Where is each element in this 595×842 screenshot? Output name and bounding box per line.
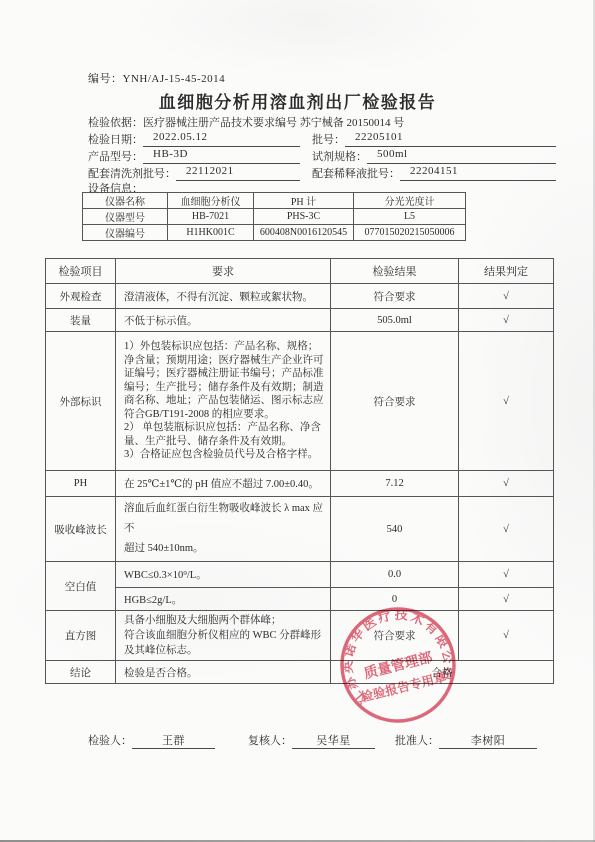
result-value: 符合要求 bbox=[331, 284, 459, 309]
requirement-text: HGB≤2g/L。 bbox=[116, 588, 331, 611]
header-item: 检验项目 bbox=[46, 259, 116, 284]
requirement-text: 不低于标示值。 bbox=[116, 309, 331, 332]
device-cell: H1HK001C bbox=[168, 225, 254, 241]
row-conclusion: 结论 检验是否合格。 合格 bbox=[46, 661, 554, 684]
doc-number-label: 编号： bbox=[88, 73, 123, 85]
device-name-header: 仪器名称 bbox=[83, 193, 168, 209]
scanned-inspection-report-page: 编号：YNH/AJ-15-45-2014 血细胞分析用溶血剂出厂检验报告 检验依… bbox=[0, 0, 595, 842]
row-histogram: 直方图 具备小细胞及大细胞两个群体峰； 符合该血细胞分析仪相应的 WBC 分群峰… bbox=[46, 611, 554, 661]
doc-number-value: YNH/AJ-15-45-2014 bbox=[123, 73, 226, 85]
cleaner-batch-label: 配套清洗剂批号： bbox=[88, 165, 176, 181]
verdict-checkmark: √ bbox=[459, 471, 554, 497]
device-cell: 600408N0016120545 bbox=[254, 225, 354, 241]
result-value: 540 bbox=[331, 497, 459, 562]
row-volume: 装量 不低于标示值。 505.0ml √ bbox=[46, 309, 554, 332]
item-label: 装量 bbox=[46, 309, 116, 332]
inspection-date-label: 检验日期： bbox=[88, 131, 143, 147]
product-model-label: 产品型号： bbox=[88, 148, 143, 164]
requirement-text: 具备小细胞及大细胞两个群体峰； 符合该血细胞分析仪相应的 WBC 分群峰形及其峰… bbox=[116, 611, 331, 661]
row-absorption-wavelength: 吸收峰波长 溶血后血红蛋白衍生物吸收峰波长 λ max 应不 超过 540±10… bbox=[46, 497, 554, 562]
field-product-model: 产品型号： HB-3D bbox=[88, 148, 300, 164]
verdict-checkmark: √ bbox=[459, 562, 554, 588]
field-reagent-spec: 试剂规格： 500ml bbox=[312, 148, 556, 164]
row-external-labeling: 外部标识 1）外包装标识应包括：产品名称、规格；净含量；预期用途；医疗器械生产企… bbox=[46, 332, 554, 471]
inspection-table: 检验项目 要求 检验结果 结果判定 外观检查 澄清液体，不得有沉淀、颗粒或絮状物… bbox=[45, 258, 554, 684]
field-batch-number: 批号： 22205101 bbox=[312, 131, 556, 147]
device-cell: 077015020215050006 bbox=[354, 225, 466, 241]
inspection-basis-value: 医疗器械注册产品技术要求编号 苏宁械备 20150014 号 bbox=[143, 117, 404, 129]
verdict-checkmark: √ bbox=[459, 284, 554, 309]
field-inspection-date: 检验日期： 2022.05.12 bbox=[88, 131, 300, 147]
device-table-row-serial: 仪器编号 H1HK001C 600408N0016120545 07701502… bbox=[83, 225, 466, 241]
field-cleaner-batch: 配套清洗剂批号： 22112021 bbox=[88, 165, 300, 181]
verdict-checkmark: √ bbox=[459, 309, 554, 332]
requirement-clause-2: 2） 单包装瓶标识应包括：产品名称、净含量、生产批号、储存条件及有效期。 bbox=[124, 421, 324, 448]
result-value: 7.12 bbox=[331, 471, 459, 497]
approver-signature: 李树阳 bbox=[439, 732, 537, 749]
device-cell: 血细胞分析仪 bbox=[168, 193, 254, 209]
cleaner-batch-value: 22112021 bbox=[176, 165, 300, 181]
product-model-value: HB-3D bbox=[143, 148, 300, 164]
inspection-date-value: 2022.05.12 bbox=[143, 131, 300, 147]
page-title: 血细胞分析用溶血剂出厂检验报告 bbox=[0, 88, 595, 113]
batch-number-label: 批号： bbox=[312, 131, 345, 147]
reagent-spec-value: 500ml bbox=[367, 148, 556, 164]
inspection-basis-line: 检验依据：医疗器械注册产品技术要求编号 苏宁械备 20150014 号 bbox=[88, 114, 404, 130]
device-cell: L5 bbox=[354, 209, 466, 225]
header-result: 检验结果 bbox=[331, 259, 459, 284]
diluent-batch-value: 22204151 bbox=[400, 165, 556, 181]
approver-label: 批准人： bbox=[395, 732, 439, 749]
doc-number-line: 编号：YNH/AJ-15-45-2014 bbox=[88, 70, 225, 86]
result-value: 505.0ml bbox=[331, 309, 459, 332]
row-blank-hgb: HGB≤2g/L。 0 √ bbox=[46, 588, 554, 611]
requirement-text: 溶血后血红蛋白衍生物吸收峰波长 λ max 应不 超过 540±10nm。 bbox=[116, 497, 331, 562]
field-diluent-batch: 配套稀释液批号： 22204151 bbox=[312, 165, 556, 181]
device-model-header: 仪器型号 bbox=[83, 209, 168, 225]
diluent-batch-label: 配套稀释液批号： bbox=[312, 165, 400, 181]
item-label: 吸收峰波长 bbox=[46, 497, 116, 562]
device-cell: 分光光度计 bbox=[354, 193, 466, 209]
item-label: 结论 bbox=[46, 661, 116, 684]
field-approver: 批准人： 李树阳 bbox=[395, 732, 537, 749]
requirement-clause-3: 3）合格证应包含检验员代号及合格字样。 bbox=[124, 448, 324, 462]
field-inspector: 检验人： 王群 bbox=[88, 732, 215, 749]
field-reviewer: 复核人： 吴华星 bbox=[248, 732, 375, 749]
item-label: PH bbox=[46, 471, 116, 497]
requirement-text: 检验是否合格。 bbox=[116, 661, 331, 684]
requirement-text: 在 25℃±1℃的 pH 值应不超过 7.00±0.40。 bbox=[116, 471, 331, 497]
item-label: 空白值 bbox=[46, 562, 116, 611]
requirement-text: 1）外包装标识应包括：产品名称、规格；净含量；预期用途；医疗器械生产企业许可证编… bbox=[116, 332, 331, 471]
inspector-label: 检验人： bbox=[88, 732, 132, 749]
requirement-clause-1: 1）外包装标识应包括：产品名称、规格；净含量；预期用途；医疗器械生产企业许可证编… bbox=[124, 340, 324, 421]
row-ph: PH 在 25℃±1℃的 pH 值应不超过 7.00±0.40。 7.12 √ bbox=[46, 471, 554, 497]
device-table: 仪器名称 血细胞分析仪 PH 计 分光光度计 仪器型号 HB-7021 PHS-… bbox=[82, 192, 466, 241]
verdict-checkmark: √ bbox=[459, 588, 554, 611]
item-label: 外部标识 bbox=[46, 332, 116, 471]
result-value: 符合要求 bbox=[331, 332, 459, 471]
reagent-spec-label: 试剂规格： bbox=[312, 148, 367, 164]
device-table-row-model: 仪器型号 HB-7021 PHS-3C L5 bbox=[83, 209, 466, 225]
device-table-row-name: 仪器名称 血细胞分析仪 PH 计 分光光度计 bbox=[83, 193, 466, 209]
verdict-checkmark: √ bbox=[459, 332, 554, 471]
verdict-checkmark: √ bbox=[459, 497, 554, 562]
requirement-text: 澄清液体，不得有沉淀、颗粒或絮状物。 bbox=[116, 284, 331, 309]
device-serial-header: 仪器编号 bbox=[83, 225, 168, 241]
inspection-basis-label: 检验依据： bbox=[88, 117, 143, 129]
row-blank-wbc: 空白值 WBC≤0.3×10⁹/L。 0.0 √ bbox=[46, 562, 554, 588]
header-verdict: 结果判定 bbox=[459, 259, 554, 284]
inspector-signature: 王群 bbox=[132, 732, 215, 749]
device-cell: HB-7021 bbox=[168, 209, 254, 225]
verdict-checkmark: √ bbox=[459, 611, 554, 661]
requirement-text: WBC≤0.3×10⁹/L。 bbox=[116, 562, 331, 588]
item-label: 直方图 bbox=[46, 611, 116, 661]
row-appearance: 外观检查 澄清液体，不得有沉淀、颗粒或絮状物。 符合要求 √ bbox=[46, 284, 554, 309]
device-cell: PH 计 bbox=[254, 193, 354, 209]
result-value: 0.0 bbox=[331, 562, 459, 588]
device-cell: PHS-3C bbox=[254, 209, 354, 225]
reviewer-label: 复核人： bbox=[248, 732, 292, 749]
batch-number-value: 22205101 bbox=[345, 131, 556, 147]
header-requirement: 要求 bbox=[116, 259, 331, 284]
inspection-table-header-row: 检验项目 要求 检验结果 结果判定 bbox=[46, 259, 554, 284]
item-label: 外观检查 bbox=[46, 284, 116, 309]
reviewer-signature: 吴华星 bbox=[292, 732, 375, 749]
